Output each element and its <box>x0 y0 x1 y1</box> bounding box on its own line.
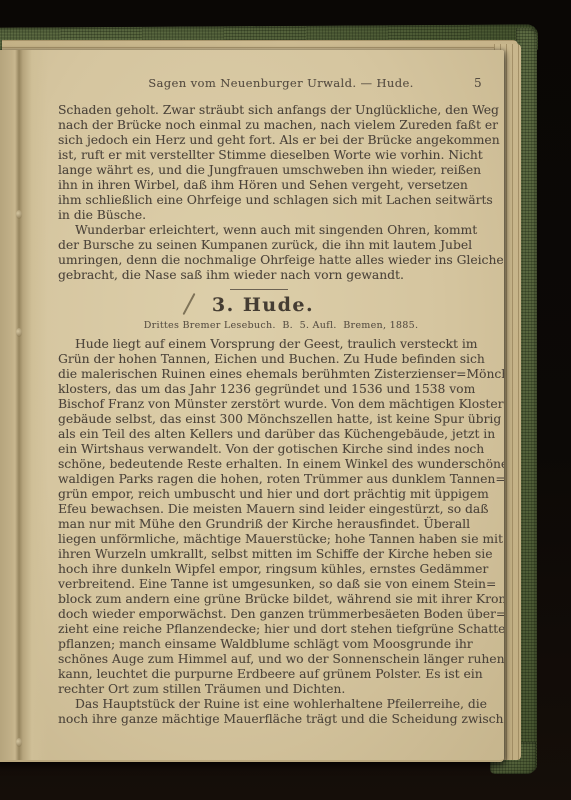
section-heading: 3. Hude. <box>40 294 486 316</box>
text-column: Sagen vom Neuenburger Urwald. — Hude. 5 … <box>58 76 504 727</box>
paragraph-intro-1: Schaden geholt. Zwar sträubt sich anfang… <box>58 103 504 223</box>
paragraph-section-2: Das Hauptstück der Ruine ist eine wohler… <box>58 697 504 727</box>
stitch-bump <box>16 738 22 747</box>
section-divider-rule <box>230 289 288 290</box>
pen-stroke-mark <box>182 293 195 315</box>
section-heading-text: 3. Hude. <box>212 294 314 316</box>
book-photo: Sagen vom Neuenburger Urwald. — Hude. 5 … <box>0 0 571 800</box>
running-header-row: Sagen vom Neuenburger Urwald. — Hude. 5 <box>58 76 504 90</box>
paragraph-section-1: Hude liegt auf einem Vorsprung der Geest… <box>58 337 504 697</box>
stitch-bump <box>16 328 22 337</box>
paragraph-intro-2: Wunderbar erleichtert, wenn auch mit sin… <box>58 223 504 283</box>
page-number: 5 <box>474 76 482 90</box>
source-citation: Drittes Bremer Lesebuch. B. 5. Aufl. Bre… <box>58 320 504 331</box>
gutter-shadow <box>0 50 48 760</box>
running-header: Sagen vom Neuenburger Urwald. — Hude. <box>148 76 413 90</box>
stitch-bump <box>16 210 22 219</box>
book-page: Sagen vom Neuenburger Urwald. — Hude. 5 … <box>0 50 504 762</box>
